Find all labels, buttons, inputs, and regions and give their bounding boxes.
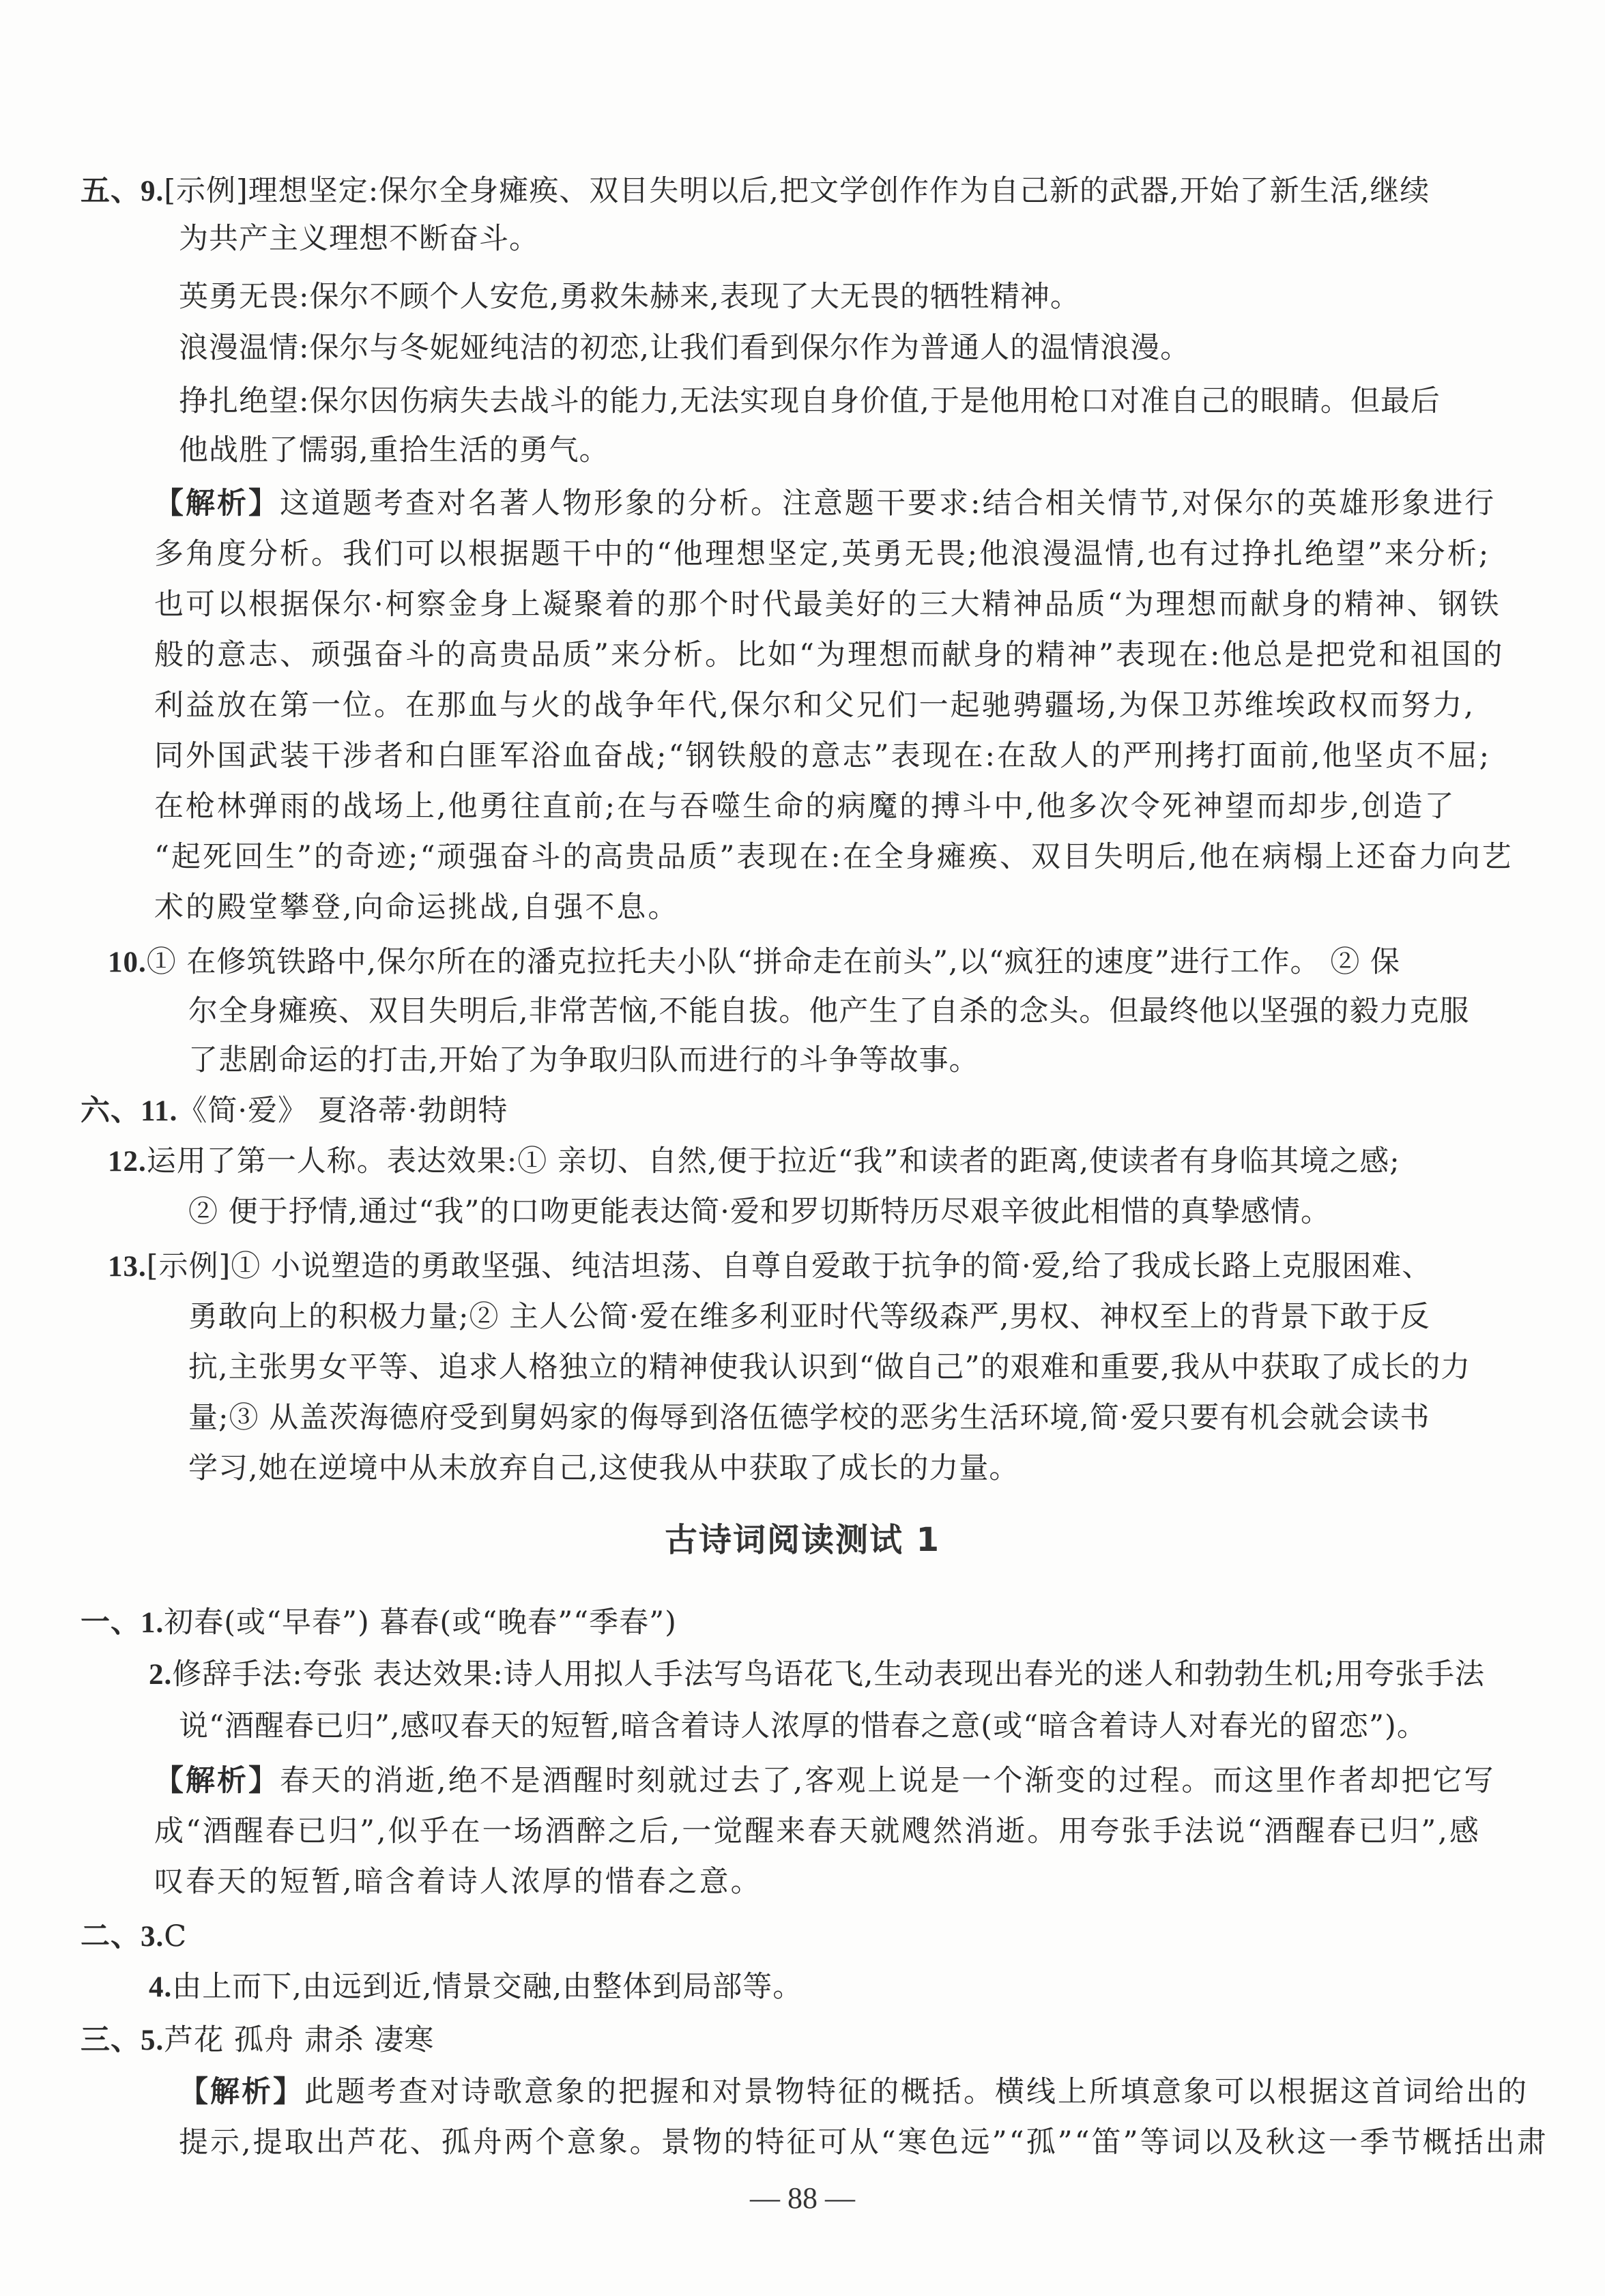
q9-analysis-line-3: 也可以根据保尔·柯察金身上凝聚着的那个时代最美好的三大精神品质“为理想而献身的精… [154, 584, 1501, 625]
q10-label: 10. [108, 946, 147, 978]
poem-q2-line-2: 说“酒醒春已归”,感叹春天的短暂,暗含着诗人浓厚的惜春之意(或“暗含着诗人对春光… [179, 1706, 1427, 1747]
poem-q4-line: 4.由上而下,由远到近,情景交融,由整体到局部等。 [149, 1966, 803, 2008]
q9-line-4: 浪漫温情:保尔与冬妮娅纯洁的初恋,让我们看到保尔作为普通人的温情浪漫。 [179, 328, 1190, 368]
poem-q1-line: 一、1.初春(或“早春”) 暮春(或“晚春”“季春”) [81, 1602, 677, 1644]
q12-line-2: ② 便于抒情,通过“我”的口吻更能表达简·爱和罗切斯特历尽艰辛彼此相惜的真挚感情… [188, 1191, 1331, 1232]
q12-label: 12. [108, 1146, 147, 1178]
page-number: — 88 — [0, 2181, 1605, 2215]
q9-line-1: 五、9.[示例]理想坚定:保尔全身瘫痪、双目失明以后,把文学创作作为自己新的武器… [81, 171, 1430, 212]
q9-analysis-line-1: 【解析】这道题考查对名著人物形象的分析。注意题干要求:结合相关情节,对保尔的英雄… [154, 483, 1496, 524]
q9-line-2: 为共产主义理想不断奋斗。 [179, 218, 539, 259]
q13-line-4: 量;③ 从盖茨海德府受到舅妈家的侮辱到洛伍德学校的恶劣生活环境,简·爱只要有机会… [188, 1397, 1430, 1438]
q13-line-5: 学习,她在逆境中从未放弃自己,这使我从中获取了成长的力量。 [188, 1448, 1019, 1489]
q9-line-5: 挣扎绝望:保尔因伤病失去战斗的能力,无法实现自身价值,于是他用枪口对准自己的眼睛… [179, 381, 1441, 422]
q9-analysis-line-9: 术的殿堂攀登,向命运挑战,自强不息。 [154, 887, 679, 928]
poem-q3-line: 二、3.C [81, 1916, 187, 1958]
poem-q4-label: 4. [149, 1971, 172, 2003]
q9-analysis-line-2: 多角度分析。我们可以根据题干中的“他理想坚定,英勇无畏;他浪漫温情,也有过挣扎绝… [154, 534, 1490, 575]
q11-label: 六、11. [81, 1095, 177, 1127]
q9-analysis-line-5: 利益放在第一位。在那血与火的战争年代,保尔和父兄们一起驰骋疆场,为保卫苏维埃政权… [154, 685, 1475, 726]
poem-q5-label: 三、5. [81, 2024, 164, 2057]
q9-analysis-line-7: 在枪林弹雨的战场上,他勇往直前;在与吞噬生命的病魔的搏斗中,他多次令死神望而却步… [154, 786, 1456, 827]
q13-label: 13. [108, 1251, 147, 1283]
poem-q2-analysis-line-1: 【解析】春天的消逝,绝不是酒醒时刻就过去了,客观上说是一个渐变的过程。而这里作者… [154, 1760, 1495, 1801]
poem-q2-line-1: 2.修辞手法:夸张 表达效果:诗人用拟人手法写鸟语花飞,生动表现出春光的迷人和勃… [149, 1654, 1485, 1696]
q10-line-2: 尔全身瘫痪、双目失明后,非常苦恼,不能自拔。他产生了自杀的念头。但最终他以坚强的… [188, 991, 1469, 1032]
q10-line-3: 了悲剧命运的打击,开始了为争取归队而进行的斗争等故事。 [188, 1040, 979, 1081]
poem-q2-analysis-line-2: 成“酒醒春已归”,似乎在一场酒醉之后,一觉醒来春天就飕然消逝。用夸张手法说“酒醒… [154, 1811, 1481, 1852]
q11-line: 六、11.《简·爱》 夏洛蒂·勃朗特 [81, 1090, 508, 1132]
q9-analysis-line-8: “起死回生”的奇迹;“顽强奋斗的高贵品质”表现在:在全身瘫痪、双目失明后,他在病… [154, 837, 1514, 877]
q9-line-3: 英勇无畏:保尔不顾个人安危,勇救朱赫来,表现了大无畏的牺牲精神。 [179, 276, 1080, 317]
analysis-tag: 【解析】 [154, 486, 280, 521]
poem-q2-analysis-line-3: 叹春天的短暂,暗含着诗人浓厚的惜春之意。 [154, 1861, 762, 1902]
q13-line-1: 13.[示例]① 小说塑造的勇敢坚强、纯洁坦荡、自尊自爱敢于抗争的简·爱,给了我… [108, 1246, 1432, 1288]
poem-q5-line: 三、5.芦花 孤舟 肃杀 凄寒 [81, 2020, 434, 2061]
q9-label: 五、9. [81, 175, 164, 207]
poem-q2-label: 2. [149, 1659, 172, 1691]
q9-analysis-line-6: 同外国武装干涉者和白匪军浴血奋战;“钢铁般的意志”表现在:在敌人的严刑拷打面前,… [154, 736, 1491, 776]
analysis-tag: 【解析】 [179, 2075, 304, 2109]
q10-line-1: 10.① 在修筑铁路中,保尔所在的潘克拉托夫小队“拼命走在前头”,以“疯狂的速度… [108, 942, 1400, 983]
poem-q5-analysis-line-1: 【解析】此题考查对诗歌意象的把握和对景物特征的概括。横线上所填意象可以根据这首词… [179, 2072, 1529, 2112]
answer-key-page: 五、9.[示例]理想坚定:保尔全身瘫痪、双目失明以后,把文学创作作为自己新的武器… [0, 0, 1605, 2296]
q13-line-2: 勇敢向上的积极力量;② 主人公简·爱在维多利亚时代等级森严,男权、神权至上的背景… [188, 1296, 1430, 1337]
analysis-tag: 【解析】 [154, 1764, 280, 1798]
poem-q1-label: 一、1. [81, 1607, 164, 1639]
poem-q3-label: 二、3. [81, 1921, 164, 1953]
q12-line-1: 12.运用了第一人称。表达效果:① 亲切、自然,便于拉近“我”和读者的距离,使读… [108, 1141, 1400, 1182]
poem-q5-analysis-line-2: 提示,提取出芦花、孤舟两个意象。景物的特征可从“寒色远”“孤”“笛”等词以及秋这… [179, 2122, 1548, 2163]
q9-analysis-line-4: 般的意志、顽强奋斗的高贵品质”来分析。比如“为理想而献身的精神”表现在:他总是把… [154, 635, 1504, 675]
section-title: 古诗词阅读测试 1 [0, 1513, 1605, 1560]
q9-line-6: 他战胜了懦弱,重拾生活的勇气。 [179, 430, 609, 471]
q13-line-3: 抗,主张男女平等、追求人格独立的精神使我认识到“做自己”的艰难和重要,我从中获取… [188, 1347, 1471, 1388]
